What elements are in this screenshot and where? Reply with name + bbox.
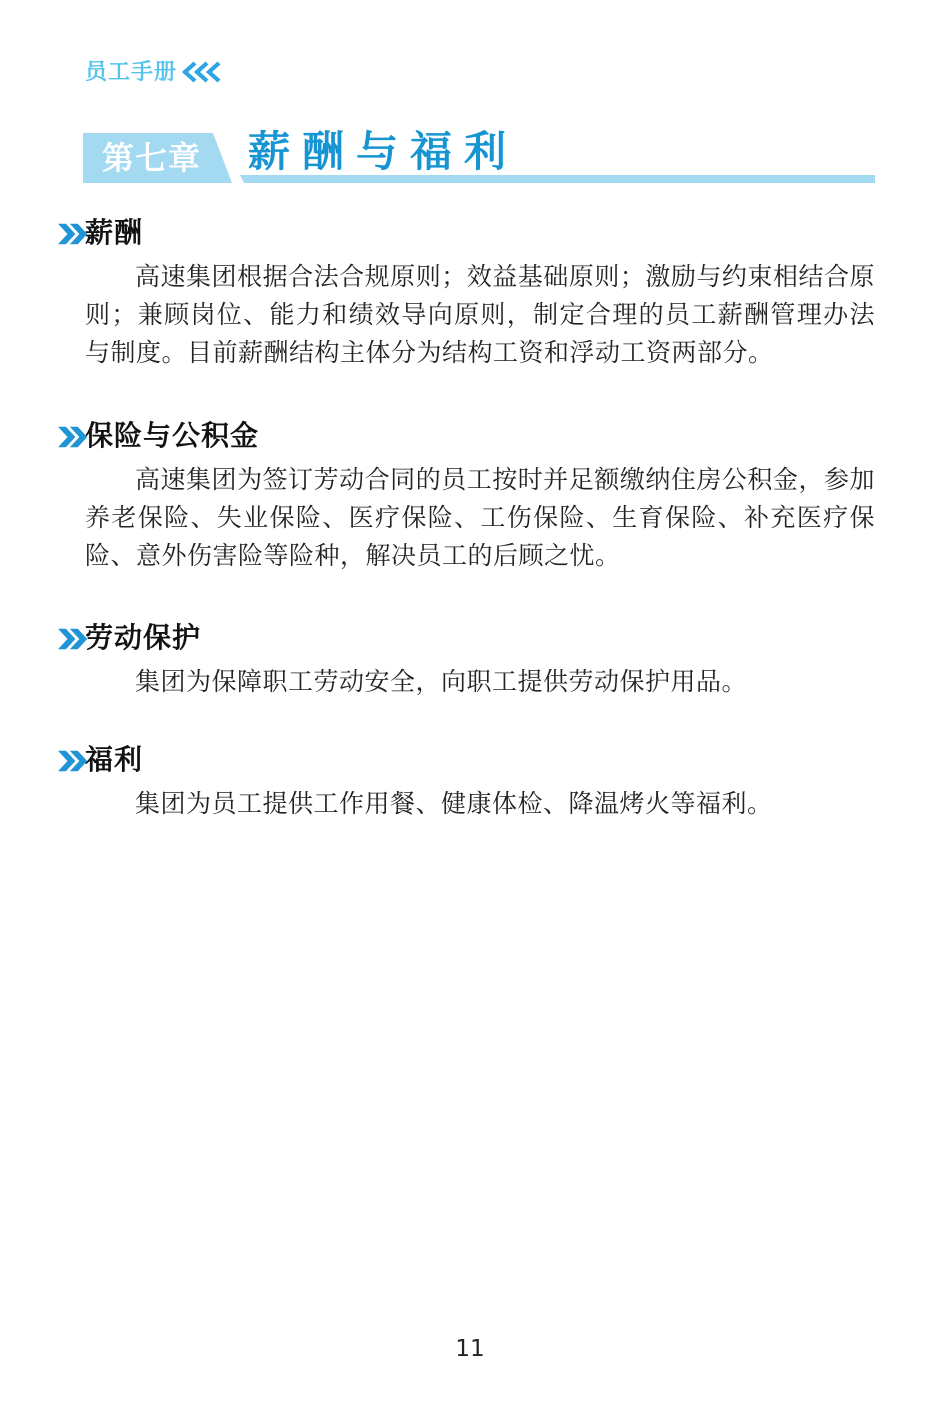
triple-left-chevron-icon xyxy=(182,61,224,87)
chapter-title: 薪酬与福利 xyxy=(248,129,518,175)
chapter-tab: 第七章 xyxy=(83,133,232,183)
page-number: 11 xyxy=(0,1336,940,1362)
double-right-chevron-icon xyxy=(58,748,88,778)
section-heading-row: 保险与公积金 xyxy=(85,420,875,452)
section-heading-row: 劳动保护 xyxy=(85,622,875,654)
section-body: 高速集团根据合法合规原则；效益基础原则；激励与约束相结合原则；兼顾岗位、能力和绩… xyxy=(85,258,875,372)
double-right-chevron-icon xyxy=(58,221,88,251)
section-body: 集团为员工提供工作用餐、健康体检、降温烤火等福利。 xyxy=(85,785,875,823)
double-right-chevron-icon xyxy=(58,626,88,656)
chapter-banner: 第七章 薪酬与福利 xyxy=(83,133,875,183)
section-heading: 薪酬 xyxy=(85,217,875,249)
chapter-label: 第七章 xyxy=(102,139,201,177)
section-body: 高速集团为签订芳动合同的员工按时并足额缴纳住房公积金，参加养老保险、失业保险、医… xyxy=(85,461,875,575)
section-heading: 劳动保护 xyxy=(85,622,875,654)
handbook-page: 员工手册 第七章 薪酬与福利 xyxy=(0,0,940,1411)
section-salary: 薪酬 高速集团根据合法合规原则；效益基础原则；激励与约束相结合原则；兼顾岗位、能… xyxy=(85,217,875,372)
banner-underline-bar xyxy=(240,175,875,183)
section-heading: 保险与公积金 xyxy=(85,420,875,452)
section-body: 集团为保障职工劳动安全，向职工提供劳动保护用品。 xyxy=(85,663,875,701)
section-heading-row: 福利 xyxy=(85,744,875,776)
section-heading: 福利 xyxy=(85,744,875,776)
section-insurance: 保险与公积金 高速集团为签订芳动合同的员工按时并足额缴纳住房公积金，参加养老保险… xyxy=(85,420,875,575)
section-welfare: 福利 集团为员工提供工作用餐、健康体检、降温烤火等福利。 xyxy=(85,744,875,823)
double-right-chevron-icon xyxy=(58,424,88,454)
section-labor-protection: 劳动保护 集团为保障职工劳动安全，向职工提供劳动保护用品。 xyxy=(85,622,875,701)
section-heading-row: 薪酬 xyxy=(85,217,875,249)
doc-header: 员工手册 xyxy=(85,59,224,87)
brand-text: 员工手册 xyxy=(85,60,177,86)
